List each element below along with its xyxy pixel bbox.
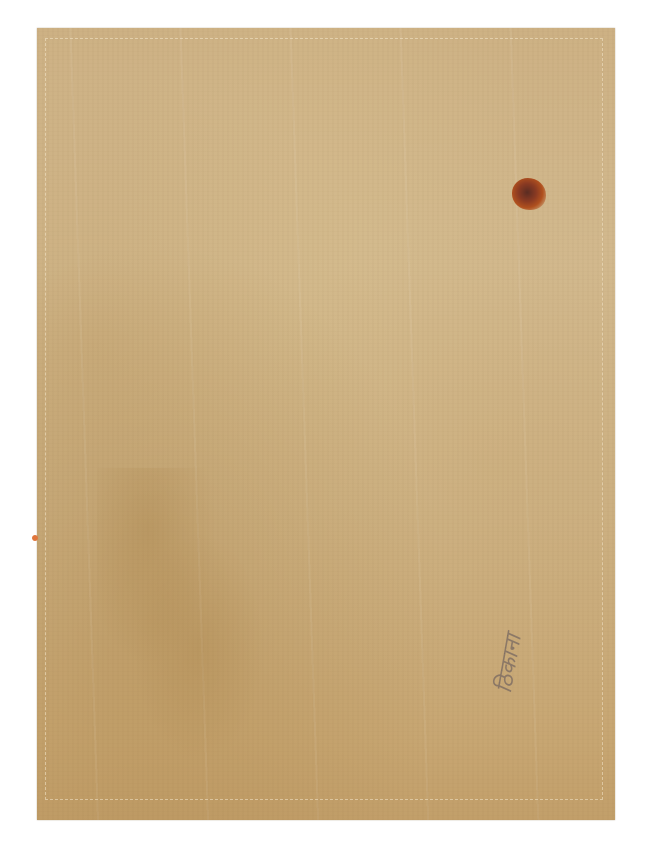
faded-pattern — [97, 468, 267, 768]
red-stain — [512, 178, 546, 210]
aged-cloth-panel — [37, 28, 615, 820]
orange-mark — [32, 535, 38, 541]
